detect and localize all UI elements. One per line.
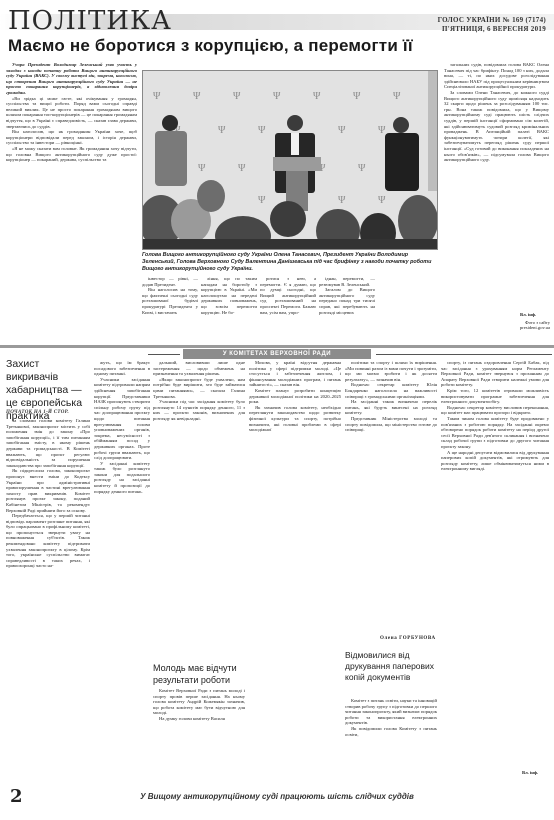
continued-from-kicker: ПОЧАТОК НА 1-Й СТОР. bbox=[6, 410, 69, 415]
body-paragraph: Таким чином голова комітету буде продовж… bbox=[441, 416, 549, 450]
svg-text:Ψ: Ψ bbox=[218, 125, 226, 136]
masthead: ПОЛІТИКА ГОЛОС УКРАЇНИ № 169 (7174) П'ЯТ… bbox=[0, 8, 554, 34]
svg-text:Ψ: Ψ bbox=[378, 125, 386, 136]
body-paragraph: На засіданні також визначено перелік пит… bbox=[345, 399, 437, 416]
svg-text:Ψ: Ψ bbox=[393, 91, 401, 102]
body-paragraph: А ще народні депутати відмовилися від др… bbox=[441, 450, 549, 472]
main-article-col-4: ротися з нею, а перемогти. Є я думаю, що… bbox=[260, 276, 316, 342]
refusal-headline: Відмовилися від друкування паперових коп… bbox=[345, 650, 437, 683]
svg-text:Ψ: Ψ bbox=[313, 91, 321, 102]
refusal-body: Комітет з питань освіти, науки та іннова… bbox=[345, 698, 437, 778]
main-article-col-2: інвестор — рівні, — додав Президент. Він… bbox=[142, 276, 198, 342]
issue-number: ГОЛОС УКРАЇНИ № 169 (7174) bbox=[438, 16, 546, 25]
svg-text:Ψ: Ψ bbox=[153, 91, 161, 102]
main-photo: ΨΨΨΨΨΨΨ ΨΨΨΨΨ ΨΨΨΨ ΨΨΨ bbox=[142, 70, 438, 250]
body-paragraph: дальший, висловивши лише одне застережен… bbox=[153, 360, 245, 377]
body-paragraph: жуть, що їм бракує посадового забезпечен… bbox=[94, 360, 150, 377]
body-paragraph: ротися з нею, а перемогти. Є я думаю, що… bbox=[260, 276, 316, 315]
body-paragraph: Водночас секретар комітету Юлія Бондарен… bbox=[345, 382, 437, 399]
svg-text:Ψ: Ψ bbox=[358, 163, 366, 174]
svg-text:Ψ: Ψ bbox=[353, 91, 361, 102]
body-paragraph: політики та спорту і шляхи їх вирішення.… bbox=[345, 360, 437, 382]
photo-credit: Фото з сайту president.gov.ua bbox=[498, 320, 550, 330]
section-title: ПОЛІТИКА bbox=[8, 8, 172, 34]
body-paragraph: Мохова, у країні відсутня державна політ… bbox=[249, 360, 341, 388]
body-paragraph: Як повідомили голова Комітету з питань о… bbox=[345, 726, 437, 737]
right-column-signature: Вл. інф. bbox=[522, 770, 538, 775]
svg-text:Ψ: Ψ bbox=[338, 195, 346, 206]
body-paragraph: За словами голови комітету Галини Третья… bbox=[6, 418, 90, 468]
body-paragraph: У засіданні комітету також було розгляну… bbox=[94, 461, 150, 495]
body-paragraph: «Ви зрідка ці може гаєте, які очікування… bbox=[6, 96, 137, 130]
body-paragraph: Крім того, 12 комітетів отримали можливі… bbox=[441, 388, 549, 405]
middle-col-b-top: дальший, висловивши лише одне застережен… bbox=[153, 360, 245, 640]
body-paragraph: Комітет планує розробити концепцію держа… bbox=[249, 388, 341, 405]
press-briefing-photo: ΨΨΨΨΨΨΨ ΨΨΨΨΨ ΨΨΨΨ ΨΨΨ bbox=[143, 71, 438, 250]
body-paragraph: Він наголосив, що як громадянин України … bbox=[6, 129, 137, 146]
body-paragraph: Як підкреслила голова, законопроєкт проп… bbox=[6, 468, 90, 513]
body-paragraph: інвестор — рівні, — додав Президент. bbox=[142, 276, 198, 287]
svg-text:Ψ: Ψ bbox=[338, 125, 346, 136]
main-article-right-col: загальних судів, повідомила голова ВАКС … bbox=[444, 62, 549, 308]
youth-headline: Молодь має відчути результати роботи bbox=[153, 662, 248, 686]
main-headline: Маємо не боротися з корупцією, а перемог… bbox=[8, 36, 413, 56]
right-bottom-col: спорту, із питань оздоровлення Сергій Ба… bbox=[441, 360, 549, 768]
main-article-col-5: іднан, перемогти, — резюмував В. Зеленсь… bbox=[319, 276, 375, 342]
body-paragraph: Комітет з питань освіти, науки та іннова… bbox=[345, 698, 437, 726]
rubric-line-right bbox=[376, 354, 552, 355]
svg-text:Ψ: Ψ bbox=[273, 91, 281, 102]
rubric-label: У КОМІТЕТАХ ВЕРХОВНОЇ РАДИ bbox=[183, 349, 371, 359]
youth-body: Комітет Верховної Ради з питань молоді і… bbox=[153, 688, 245, 778]
body-paragraph: «Якщо законопроєкт буде ухвалено, нам по… bbox=[153, 377, 245, 399]
body-paragraph: Комітет Верховної Ради з питань молоді і… bbox=[153, 688, 245, 716]
photo-caption: Голова Вищого антикорупційного суду Укра… bbox=[142, 252, 438, 273]
main-article-col-3: ління, що по таким нападам на боротьбу з… bbox=[201, 276, 257, 342]
body-paragraph: На думку голови комітету Василя bbox=[153, 716, 245, 722]
middle-col-a: жуть, що їм бракує посадового забезпечен… bbox=[94, 360, 150, 778]
svg-text:Ψ: Ψ bbox=[258, 125, 266, 136]
issue-info: ГОЛОС УКРАЇНИ № 169 (7174) П'ЯТНИЦЯ, 6 В… bbox=[438, 16, 546, 34]
body-paragraph: загальних судів, повідомила голова ВАКС … bbox=[444, 62, 549, 90]
footer-teaser: У Вищому антикорупційному суді працюють … bbox=[0, 792, 554, 801]
rubric-line-left bbox=[148, 354, 180, 355]
svg-text:Ψ: Ψ bbox=[198, 163, 206, 174]
section-divider bbox=[0, 345, 554, 348]
main-article-col-1: Учора Президент Володимир Зеленський узя… bbox=[6, 62, 137, 340]
svg-text:Ψ: Ψ bbox=[193, 91, 201, 102]
body-paragraph: Представник Міністерства молоді та спорт… bbox=[345, 416, 437, 433]
svg-text:Ψ: Ψ bbox=[378, 195, 386, 206]
middle-col-d: політики та спорту і шляхи їх вирішення.… bbox=[345, 360, 437, 632]
body-paragraph: Учасники під час засідання комітету було… bbox=[153, 399, 245, 421]
body-paragraph: За словами Олени Танасевич, до кожного с… bbox=[444, 90, 549, 163]
body-paragraph: «Я не можу сказати вам головне. Як грома… bbox=[6, 146, 137, 163]
whistleblowers-body: За словами голови комітету Галини Третья… bbox=[6, 418, 90, 778]
middle-col-c: Мохова, у країні відсутня державна політ… bbox=[249, 360, 341, 778]
main-article-signature: Вл. інф. bbox=[520, 312, 536, 317]
body-paragraph: спорту, із питань оздоровлення Сергій Ба… bbox=[441, 360, 549, 388]
body-paragraph: Загалом до Вищого антикорупційного суду … bbox=[319, 287, 375, 315]
body-paragraph: Учасники засідання комітету підтримали н… bbox=[94, 377, 150, 461]
svg-text:Ψ: Ψ bbox=[258, 195, 266, 206]
body-paragraph: Як зазначив голова комітету, необхідно п… bbox=[249, 405, 341, 433]
body-paragraph: Він наголосив на тому, що фактичні сього… bbox=[142, 287, 198, 315]
photo-credit-text: Фото з сайту president.gov.ua bbox=[520, 320, 550, 330]
body-paragraph: ління, що по таким нападам на боротьбу з… bbox=[201, 276, 257, 315]
issue-date: П'ЯТНИЦЯ, 6 ВЕРЕСНЯ 2019 bbox=[438, 25, 546, 34]
body-paragraph: Водночас секретар комітету висловив пере… bbox=[441, 405, 549, 416]
author-signature: Олена ГОРБУНОВА bbox=[380, 636, 436, 641]
svg-text:Ψ: Ψ bbox=[233, 91, 241, 102]
body-paragraph: Передбачається, що у першій читанні відп… bbox=[6, 513, 90, 569]
body-paragraph: іднан, перемогти, — резюмував В. Зеленсь… bbox=[319, 276, 375, 287]
lead-paragraph: Учора Президент Володимир Зеленський узя… bbox=[6, 62, 137, 96]
svg-text:Ψ: Ψ bbox=[238, 163, 246, 174]
